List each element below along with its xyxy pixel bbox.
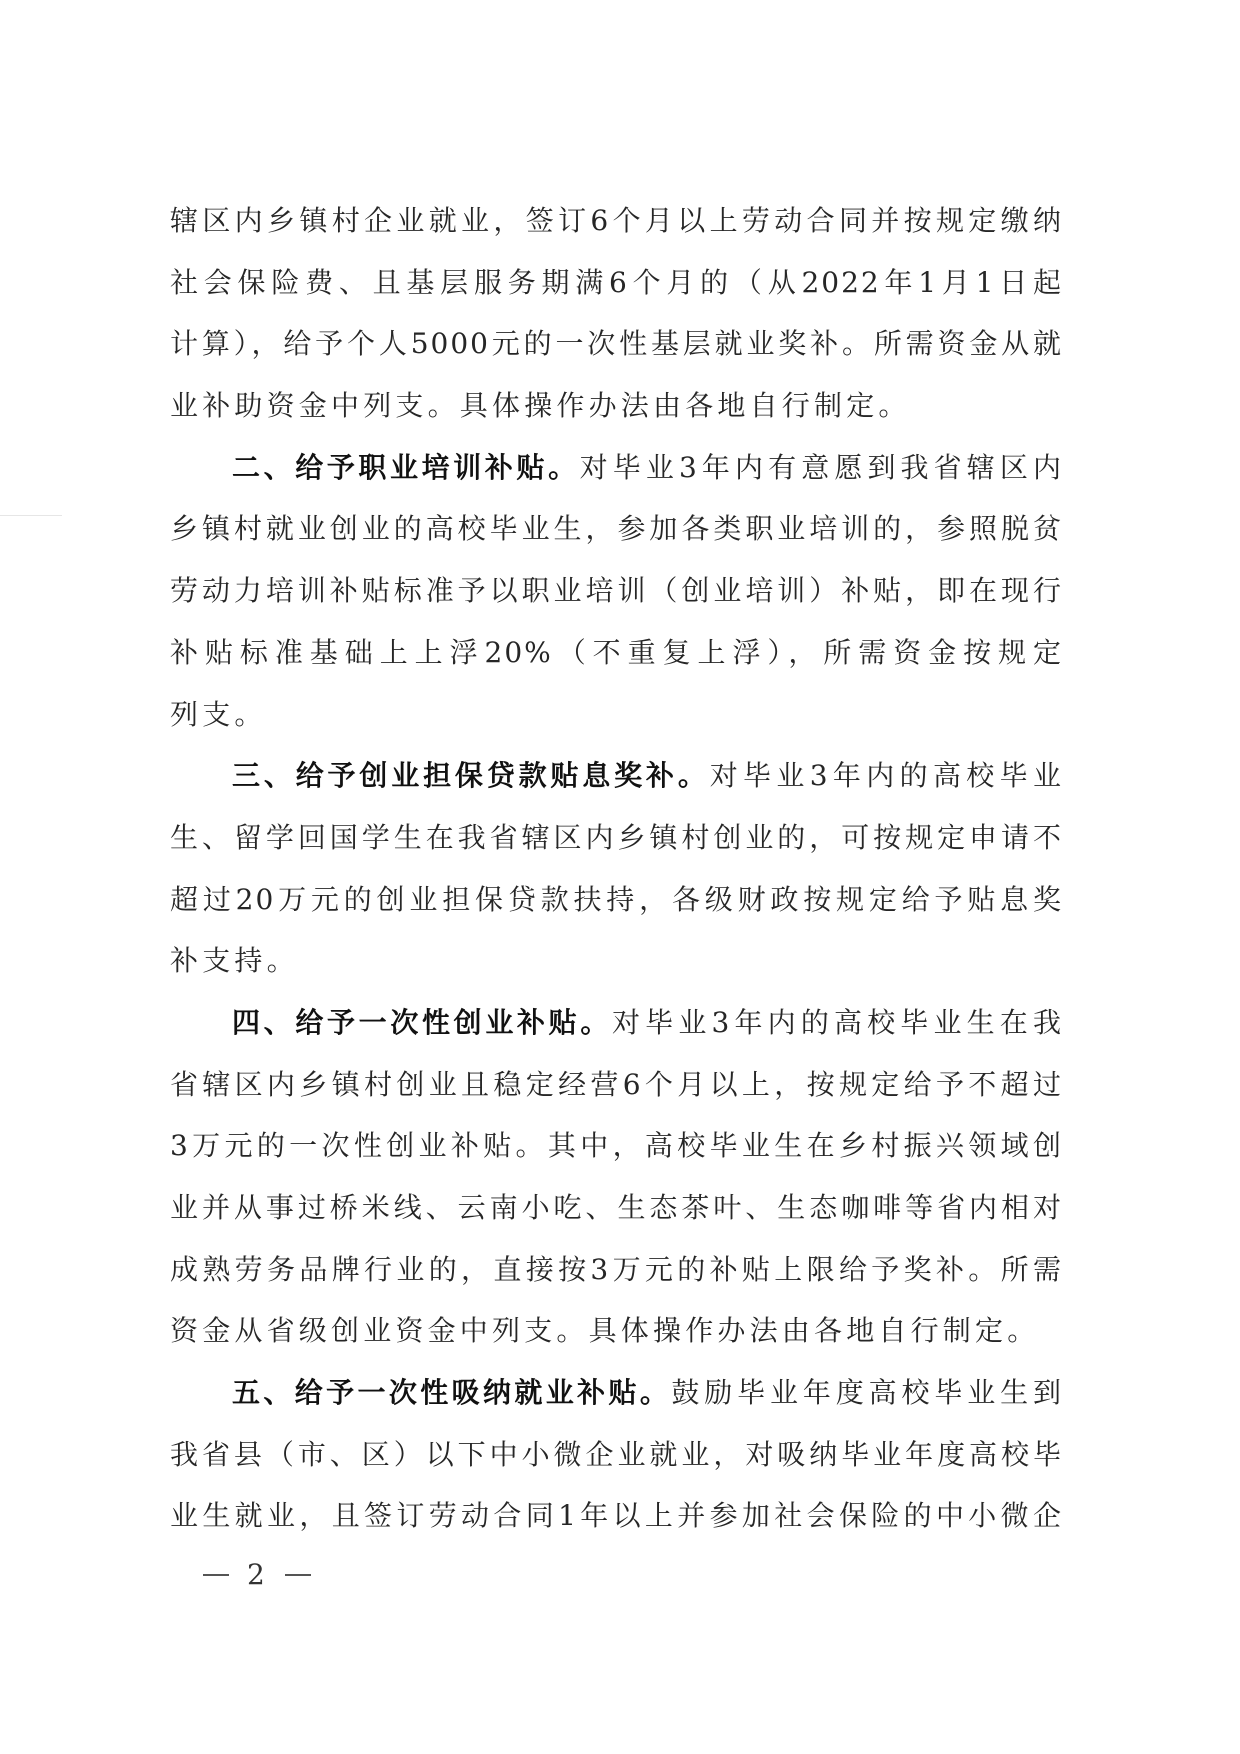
section-2-line: 二、给予职业培训补贴。对毕业3年内有意愿到我省辖区内 (170, 437, 1063, 499)
text-line: 劳动力培训补贴标准予以职业培训（创业培训）补贴，即在现行 (170, 560, 1063, 622)
text-line: 业补助资金中列支。具体操作办法由各地自行制定。 (170, 375, 1063, 437)
section-4-text: 对毕业3年内的高校毕业生在我 (612, 1006, 1063, 1039)
text-line: 资金从省级创业资金中列支。具体操作办法由各地自行制定。 (170, 1300, 1063, 1362)
text-line: 补支持。 (170, 930, 1063, 992)
text-line: 生、留学回国学生在我省辖区内乡镇村创业的，可按规定申请不 (170, 807, 1063, 869)
dash-right (285, 1574, 311, 1576)
section-heading-3: 三、给予创业担保贷款贴息奖补。 (232, 759, 710, 792)
text-line: 业并从事过桥米线、云南小吃、生态茶叶、生态咖啡等省内相对 (170, 1177, 1063, 1239)
section-heading-5: 五、给予一次性吸纳就业补贴。 (232, 1376, 671, 1409)
section-heading-2: 二、给予职业培训补贴。 (232, 451, 580, 484)
text-line: 列支。 (170, 684, 1063, 746)
page-number-value: 2 (247, 1558, 267, 1592)
document-body: 辖区内乡镇村企业就业，签订6个月以上劳动合同并按规定缴纳 社会保险费、且基层服务… (170, 190, 1063, 1547)
text-line: 业生就业，且签订劳动合同1年以上并参加社会保险的中小微企 (170, 1485, 1063, 1547)
text-line: 社会保险费、且基层服务期满6个月的（从2022年1月1日起 (170, 252, 1063, 314)
section-2-text: 对毕业3年内有意愿到我省辖区内 (580, 451, 1063, 484)
section-heading-4: 四、给予一次性创业补贴。 (232, 1006, 612, 1039)
text-line: 补贴标准基础上上浮20%（不重复上浮），所需资金按规定 (170, 622, 1063, 684)
document-page: 辖区内乡镇村企业就业，签订6个月以上劳动合同并按规定缴纳 社会保险费、且基层服务… (0, 0, 1240, 1754)
section-5-text: 鼓励毕业年度高校毕业生到 (671, 1376, 1063, 1409)
text-line: 成熟劳务品牌行业的，直接按3万元的补贴上限给予奖补。所需 (170, 1239, 1063, 1301)
section-3-text: 对毕业3年内的高校毕业 (710, 759, 1063, 792)
text-line: 乡镇村就业创业的高校毕业生，参加各类职业培训的，参照脱贫 (170, 498, 1063, 560)
text-line: 我省县（市、区）以下中小微企业就业，对吸纳毕业年度高校毕 (170, 1424, 1063, 1486)
text-line: 超过20万元的创业担保贷款扶持，各级财政按规定给予贴息奖 (170, 869, 1063, 931)
dash-left (203, 1574, 229, 1576)
text-line: 3万元的一次性创业补贴。其中，高校毕业生在乡村振兴领域创 (170, 1115, 1063, 1177)
page-number: 2 (203, 1558, 323, 1592)
text-line: 辖区内乡镇村企业就业，签订6个月以上劳动合同并按规定缴纳 (170, 190, 1063, 252)
text-line: 省辖区内乡镇村创业且稳定经营6个月以上，按规定给予不超过 (170, 1054, 1063, 1116)
scan-artifact-line (0, 515, 62, 516)
section-4-line: 四、给予一次性创业补贴。对毕业3年内的高校毕业生在我 (170, 992, 1063, 1054)
text-line: 计算），给予个人5000元的一次性基层就业奖补。所需资金从就 (170, 313, 1063, 375)
section-5-line: 五、给予一次性吸纳就业补贴。鼓励毕业年度高校毕业生到 (170, 1362, 1063, 1424)
section-3-line: 三、给予创业担保贷款贴息奖补。对毕业3年内的高校毕业 (170, 745, 1063, 807)
